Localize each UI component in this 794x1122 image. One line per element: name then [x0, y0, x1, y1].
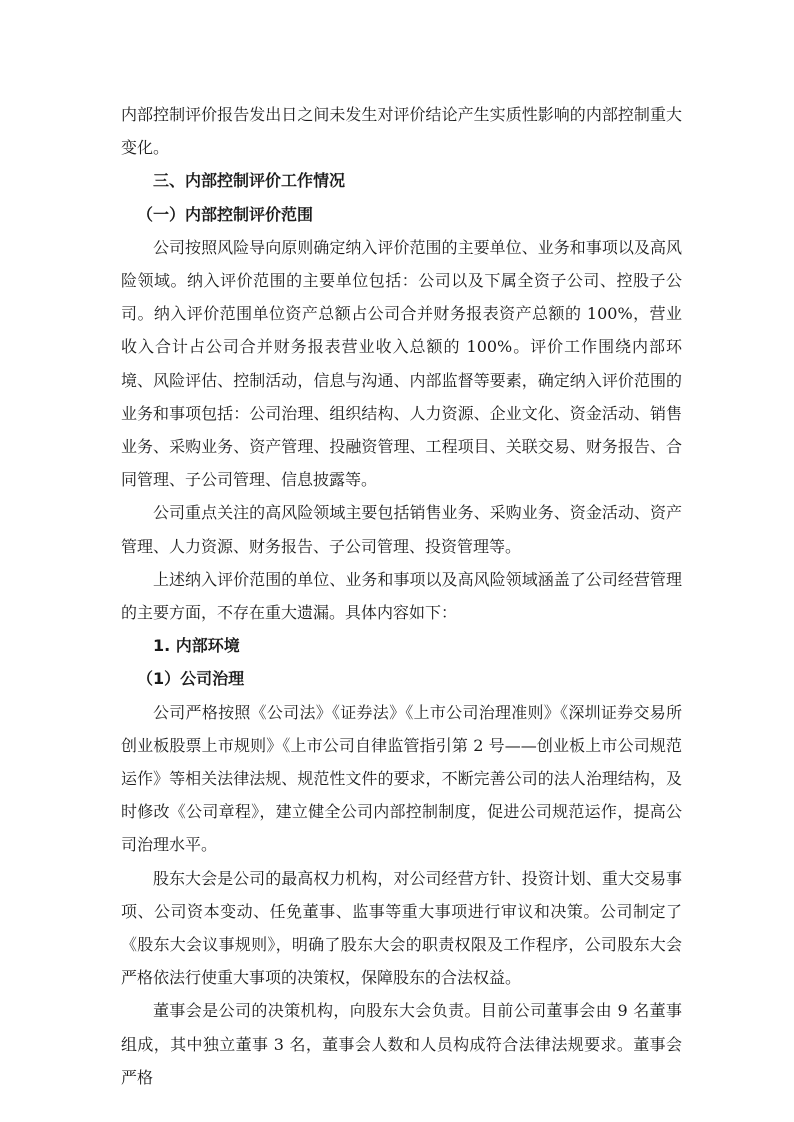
- paragraph-evaluation-scope: 公司按照风险导向原则确定纳入评价范围的主要单位、业务和事项以及高风险领域。纳入评…: [121, 231, 682, 497]
- paragraph-governance-laws: 公司严格按照《公司法》《证券法》《上市公司治理准则》《深圳证券交易所创业板股票上…: [121, 696, 682, 862]
- paragraph-coverage-summary: 上述纳入评价范围的单位、业务和事项以及高风险领域涵盖了公司经营管理的主要方面，不…: [121, 563, 682, 629]
- heading-corporate-governance: （1）公司治理: [121, 662, 682, 695]
- section-heading-3: 三、内部控制评价工作情况: [121, 164, 682, 197]
- paragraph-carryover: 内部控制评价报告发出日之间未发生对评价结论产生实质性影响的内部控制重大变化。: [121, 98, 682, 164]
- paragraph-shareholders-meeting: 股东大会是公司的最高权力机构，对公司经营方针、投资计划、重大交易事项、公司资本变…: [121, 862, 682, 995]
- paragraph-high-risk-areas: 公司重点关注的高风险领域主要包括销售业务、采购业务、资金活动、资产管理、人力资源…: [121, 496, 682, 562]
- heading-internal-environment: 1. 内部环境: [121, 629, 682, 662]
- subsection-heading-1: （一）内部控制评价范围: [121, 198, 682, 231]
- paragraph-board-of-directors: 董事会是公司的决策机构，向股东大会负责。目前公司董事会由 9 名董事组成，其中独…: [121, 994, 682, 1094]
- document-page: 内部控制评价报告发出日之间未发生对评价结论产生实质性影响的内部控制重大变化。 三…: [121, 98, 682, 1094]
